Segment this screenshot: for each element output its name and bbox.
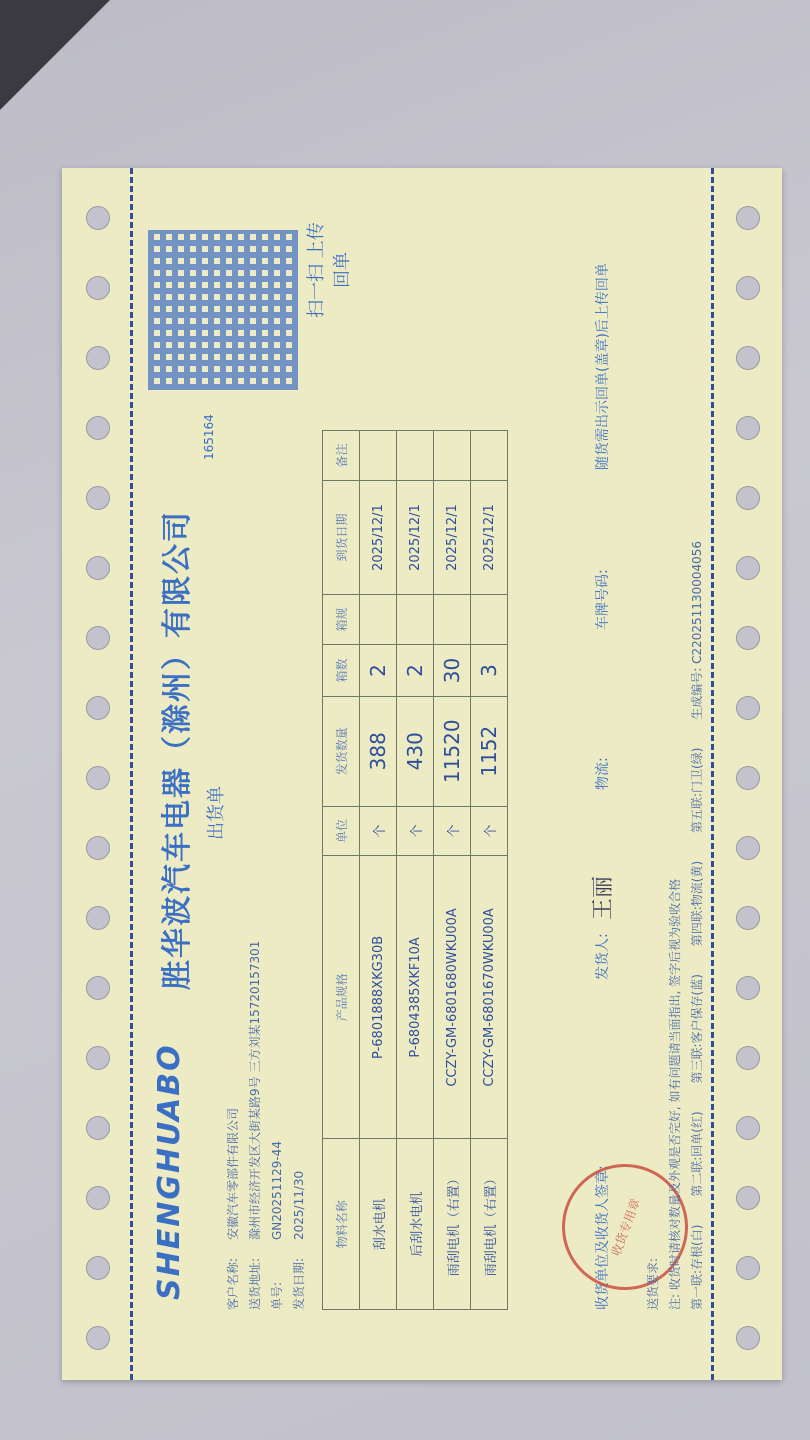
document-body: SHENGHUABO 胜华波汽车电器（滁州）有限公司 出货单 165164 扫一… xyxy=(142,230,702,1320)
field-order-no: 单号:GN20251129-44 xyxy=(266,941,288,1310)
logistics-label: 物流: xyxy=(592,757,612,790)
document-type: 出货单 xyxy=(202,786,228,840)
background-corner xyxy=(0,0,110,110)
generation-number: 生成编号: C220251130004056 xyxy=(690,541,704,720)
items-table: 物料名称 产品规格 单位 发货数量 箱数 箱规 到货日期 备注 刮水电机 P-6… xyxy=(322,430,508,1310)
company-logo: SHENGHUABO xyxy=(152,1043,187,1300)
field-ship-date: 发货日期:2025/11/30 xyxy=(288,941,310,1310)
shipper-label: 发货人: xyxy=(592,933,612,980)
table-row: 后刮水电机 P-6804385XKF10A 个 430 2 2025/12/1 xyxy=(397,431,434,1310)
field-customer: 客户名称:安徽汽车零部件有限公司 xyxy=(222,941,244,1310)
footer-copies: 第一联:存根(白) 第二联:回单(红) 第三联:客户保存(蓝) 第四联:物流(黄… xyxy=(688,517,705,1310)
qr-label: 扫一扫 上传回单 xyxy=(302,220,354,320)
field-address: 送货地址:滁州市经济开发区大街某路9号 三方刘某15720157301 xyxy=(244,941,266,1310)
note-text: 注: 收货时请核对数量及外观是否完好, 如有问题请当面指出, 签字后视为验收合格 xyxy=(664,879,686,1310)
delivery-requirements: 送货要求: xyxy=(642,879,664,1310)
company-name: 胜华波汽车电器（滁州）有限公司 xyxy=(152,510,196,990)
qr-code-icon[interactable] xyxy=(148,230,298,390)
plate-label: 车牌号码: xyxy=(592,569,612,630)
notes: 送货要求: 注: 收货时请核对数量及外观是否完好, 如有问题请当面指出, 签字后… xyxy=(642,879,686,1310)
table-row: 雨刮电机（右置） CCZY-GM-6801680WKU00A 个 11520 3… xyxy=(434,431,471,1310)
table-row: 雨刮电机（右置） CCZY-GM-6801670WKU00A 个 1152 3 … xyxy=(471,431,508,1310)
perforation-holes-top xyxy=(62,168,132,1380)
serial-number: 165164 xyxy=(202,414,216,460)
perforation-holes-bottom xyxy=(712,168,782,1380)
perforation-line-top xyxy=(130,168,133,1380)
notice-text: 随货需出示回单(盖章)后上传回单 xyxy=(592,263,612,470)
delivery-note-paper: SHENGHUABO 胜华波汽车电器（滁州）有限公司 出货单 165164 扫一… xyxy=(62,168,782,1380)
header-fields: 客户名称:安徽汽车零部件有限公司 送货地址:滁州市经济开发区大街某路9号 三方刘… xyxy=(222,941,310,1310)
shipper-signature: 王丽 xyxy=(586,876,617,920)
table-header-row: 物料名称 产品规格 单位 发货数量 箱数 箱规 到货日期 备注 xyxy=(323,431,360,1310)
table-row: 刮水电机 P-6801888XKG30B 个 388 2 2025/12/1 xyxy=(360,431,397,1310)
delivery-note-document: SHENGHUABO 胜华波汽车电器（滁州）有限公司 出货单 165164 扫一… xyxy=(62,168,782,1380)
